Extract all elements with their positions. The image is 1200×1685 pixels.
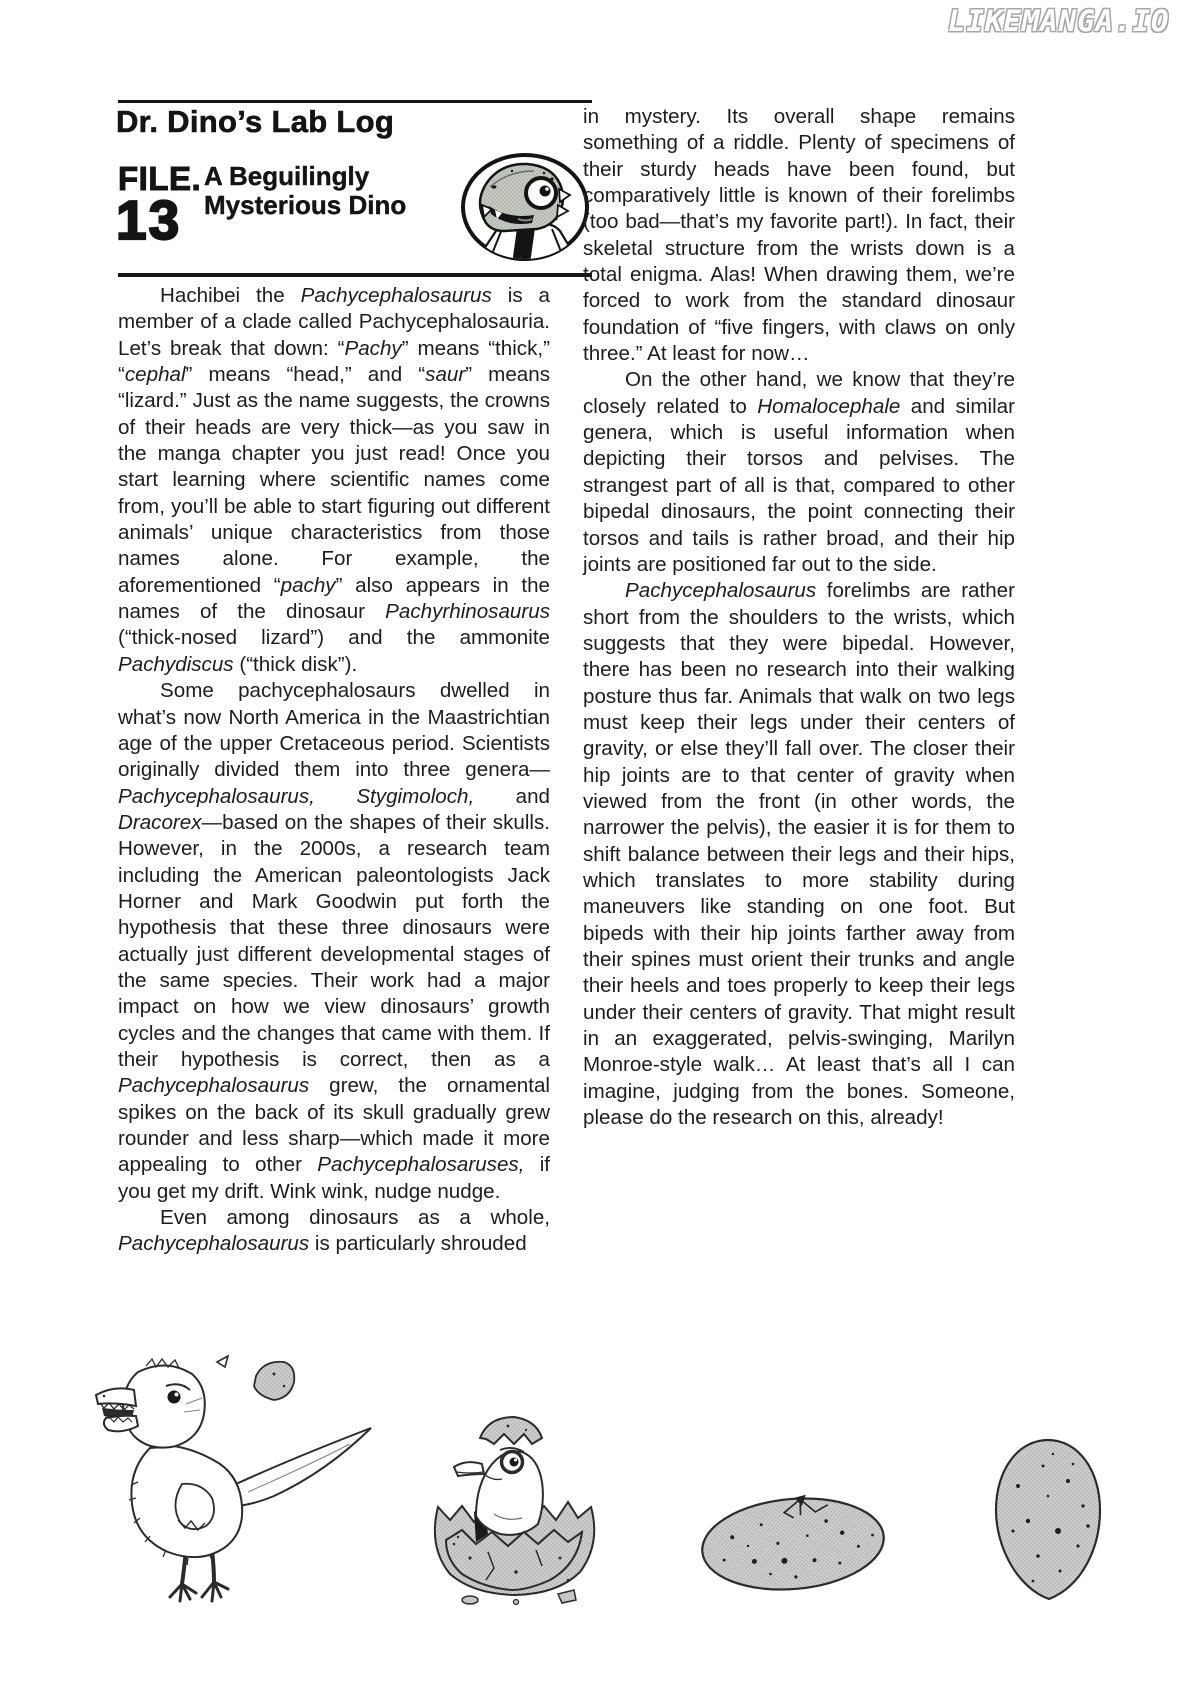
site-watermark: LIKEMANGA.IO	[948, 4, 1170, 38]
shell-cap	[480, 1417, 542, 1444]
hatching-egg-illustration	[418, 1412, 614, 1608]
paragraph: Pachycephalosaurus forelimbs are rather …	[583, 578, 1015, 1131]
chick-eye	[168, 1391, 181, 1404]
subtitle-line-2: Mysterious Dino	[204, 191, 406, 220]
hatchling-figure	[435, 1417, 594, 1605]
header-rule-bottom	[118, 273, 592, 277]
subtitle-line-1: A Beguilingly	[204, 162, 406, 191]
paragraph: Hachibei the Pachycephalosaurus is a mem…	[118, 283, 550, 678]
speckled-egg-upright-illustration	[988, 1436, 1108, 1604]
paragraph: Even among dinosaurs as a whole, Pachyce…	[118, 1205, 550, 1258]
page-title: Dr. Dino’s Lab Log	[116, 104, 394, 140]
baby-dinosaur-chick-illustration	[88, 1352, 380, 1608]
shell-fragment-large	[254, 1362, 294, 1400]
header-rule-top	[118, 100, 592, 103]
file-number: 13	[116, 188, 181, 252]
egg-upright	[996, 1440, 1100, 1599]
dr-dino-mascot-icon	[456, 149, 594, 264]
cracked-egg-lying-illustration	[693, 1482, 895, 1600]
chick-figure	[96, 1356, 371, 1601]
shell-fragment-small	[217, 1356, 228, 1367]
chapter-subtitle: A Beguilingly Mysterious Dino	[204, 162, 406, 219]
article-left-column: Hachibei the Pachycephalosaurus is a mem…	[118, 283, 550, 1258]
article-right-column: in mystery. Its overall shape remains so…	[583, 104, 1015, 1131]
egg-lying	[698, 1488, 887, 1597]
paragraph: in mystery. Its overall shape remains so…	[583, 104, 1015, 367]
paragraph: Some pachycephalosaurs dwelled in what’s…	[118, 678, 550, 1205]
paragraph: On the other hand, we know that they’re …	[583, 367, 1015, 578]
